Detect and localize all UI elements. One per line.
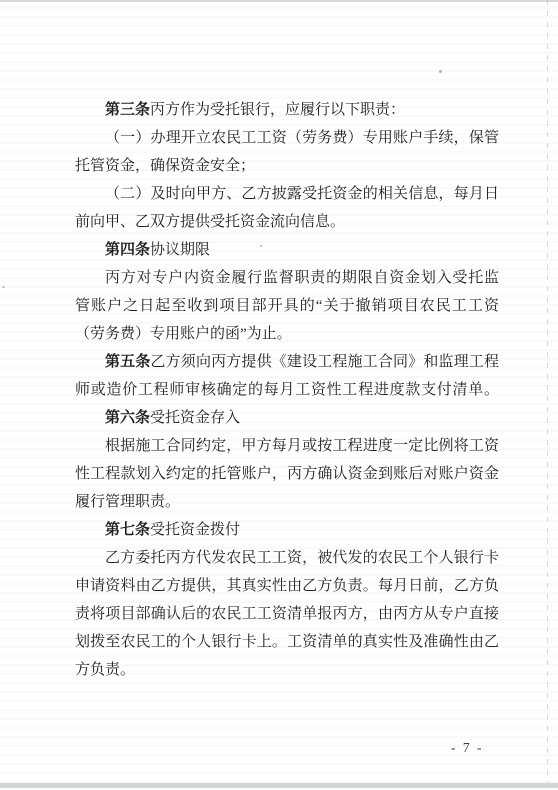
line-text: 受托资金存入: [150, 410, 240, 426]
line-text: 申请资料由乙方提供，其真实性由乙方负责。每月日前，乙方负: [75, 578, 499, 594]
text-line: 前向甲、乙双方提供受托资金流向信息。: [75, 208, 499, 236]
scan-edge-bottom: [0, 783, 558, 788]
page-number: - 7 -: [451, 740, 484, 756]
line-text: （劳务费）专用账户的函”为止。: [75, 326, 292, 342]
clause-number: 第六条: [105, 410, 150, 426]
line-text: 师或造价工程师审核确定的每月工资性工程进度款支付清单。: [75, 382, 499, 398]
text-line: 划拨至农民工的个人银行卡上。工资清单的真实性及准确性由乙: [75, 628, 499, 656]
line-text: 受托资金拨付: [150, 522, 240, 538]
line-text: 划拨至农民工的个人银行卡上。工资清单的真实性及准确性由乙: [75, 634, 499, 650]
line-text: 性工程款划入约定的托管账户，丙方确认资金到账后对账户资金: [75, 466, 499, 482]
text-line: （劳务费）专用账户的函”为止。: [75, 320, 499, 348]
line-text: 乙方须向丙方提供《建设工程施工合同》和监理工程: [150, 354, 499, 370]
text-line: 管账户之日起至收到项目部开具的“关于撤销项目农民工工资: [75, 292, 499, 320]
scan-speck: [439, 70, 442, 73]
line-text: 前向甲、乙双方提供受托资金流向信息。: [75, 214, 345, 230]
line-text: （一）办理开立农民工工资（劳务费）专用账户手续，保管: [105, 130, 499, 146]
text-line: 师或造价工程师审核确定的每月工资性工程进度款支付清单。: [75, 376, 499, 404]
text-line: 第四条协议期限: [75, 236, 499, 264]
scan-speck: [260, 245, 262, 247]
text-line: （一）办理开立农民工工资（劳务费）专用账户手续，保管: [75, 124, 499, 152]
contract-body: 第三条丙方作为受托银行，应履行以下职责： （一）办理开立农民工工资（劳务费）专用…: [75, 96, 499, 684]
line-text: 履行管理职责。: [75, 494, 180, 510]
line-text: 丙方作为受托银行，应履行以下职责：: [150, 102, 405, 118]
clause-number: 第七条: [105, 522, 150, 538]
scanned-contract-page: 第三条丙方作为受托银行，应履行以下职责： （一）办理开立农民工工资（劳务费）专用…: [0, 0, 558, 790]
line-text: 方负责。: [75, 662, 135, 678]
line-text: 管账户之日起至收到项目部开具的“关于撤销项目农民工工资: [75, 298, 499, 314]
text-line: 根据施工合同约定，甲方每月或按工程进度一定比例将工资: [75, 432, 499, 460]
scan-speck: [2, 286, 5, 288]
text-line: 乙方委托丙方代发农民工工资，被代发的农民工个人银行卡: [75, 544, 499, 572]
clause-number: 第五条: [105, 354, 150, 370]
clause-number: 第四条: [105, 242, 150, 258]
text-line: 第七条受托资金拨付: [75, 516, 499, 544]
text-line: 第三条丙方作为受托银行，应履行以下职责：: [75, 96, 499, 124]
line-text: 托管资金，确保资金安全；: [75, 158, 255, 174]
text-line: 第六条受托资金存入: [75, 404, 499, 432]
text-line: 托管资金，确保资金安全；: [75, 152, 499, 180]
text-line: 方负责。: [75, 656, 499, 684]
line-text: 乙方委托丙方代发农民工工资，被代发的农民工个人银行卡: [105, 550, 499, 566]
text-line: 责将项目部确认后的农民工工资清单报丙方，由丙方从专户直接: [75, 600, 499, 628]
scan-artifact-line: [547, 0, 548, 783]
clause-number: 第三条: [105, 102, 150, 118]
scan-edge-top: [0, 0, 558, 2]
line-text: （二）及时向甲方、乙方披露受托资金的相关信息，每月日: [105, 186, 499, 202]
text-line: 申请资料由乙方提供，其真实性由乙方负责。每月日前，乙方负: [75, 572, 499, 600]
line-text: 根据施工合同约定，甲方每月或按工程进度一定比例将工资: [105, 438, 499, 454]
line-text: 责将项目部确认后的农民工工资清单报丙方，由丙方从专户直接: [75, 606, 499, 622]
text-line: （二）及时向甲方、乙方披露受托资金的相关信息，每月日: [75, 180, 499, 208]
text-line: 丙方对专户内资金履行监督职责的期限自资金划入受托监: [75, 264, 499, 292]
line-text: 协议期限: [150, 242, 210, 258]
line-text: 丙方对专户内资金履行监督职责的期限自资金划入受托监: [105, 270, 499, 286]
text-line: 第五条乙方须向丙方提供《建设工程施工合同》和监理工程: [75, 348, 499, 376]
text-line: 履行管理职责。: [75, 488, 499, 516]
text-line: 性工程款划入约定的托管账户，丙方确认资金到账后对账户资金: [75, 460, 499, 488]
